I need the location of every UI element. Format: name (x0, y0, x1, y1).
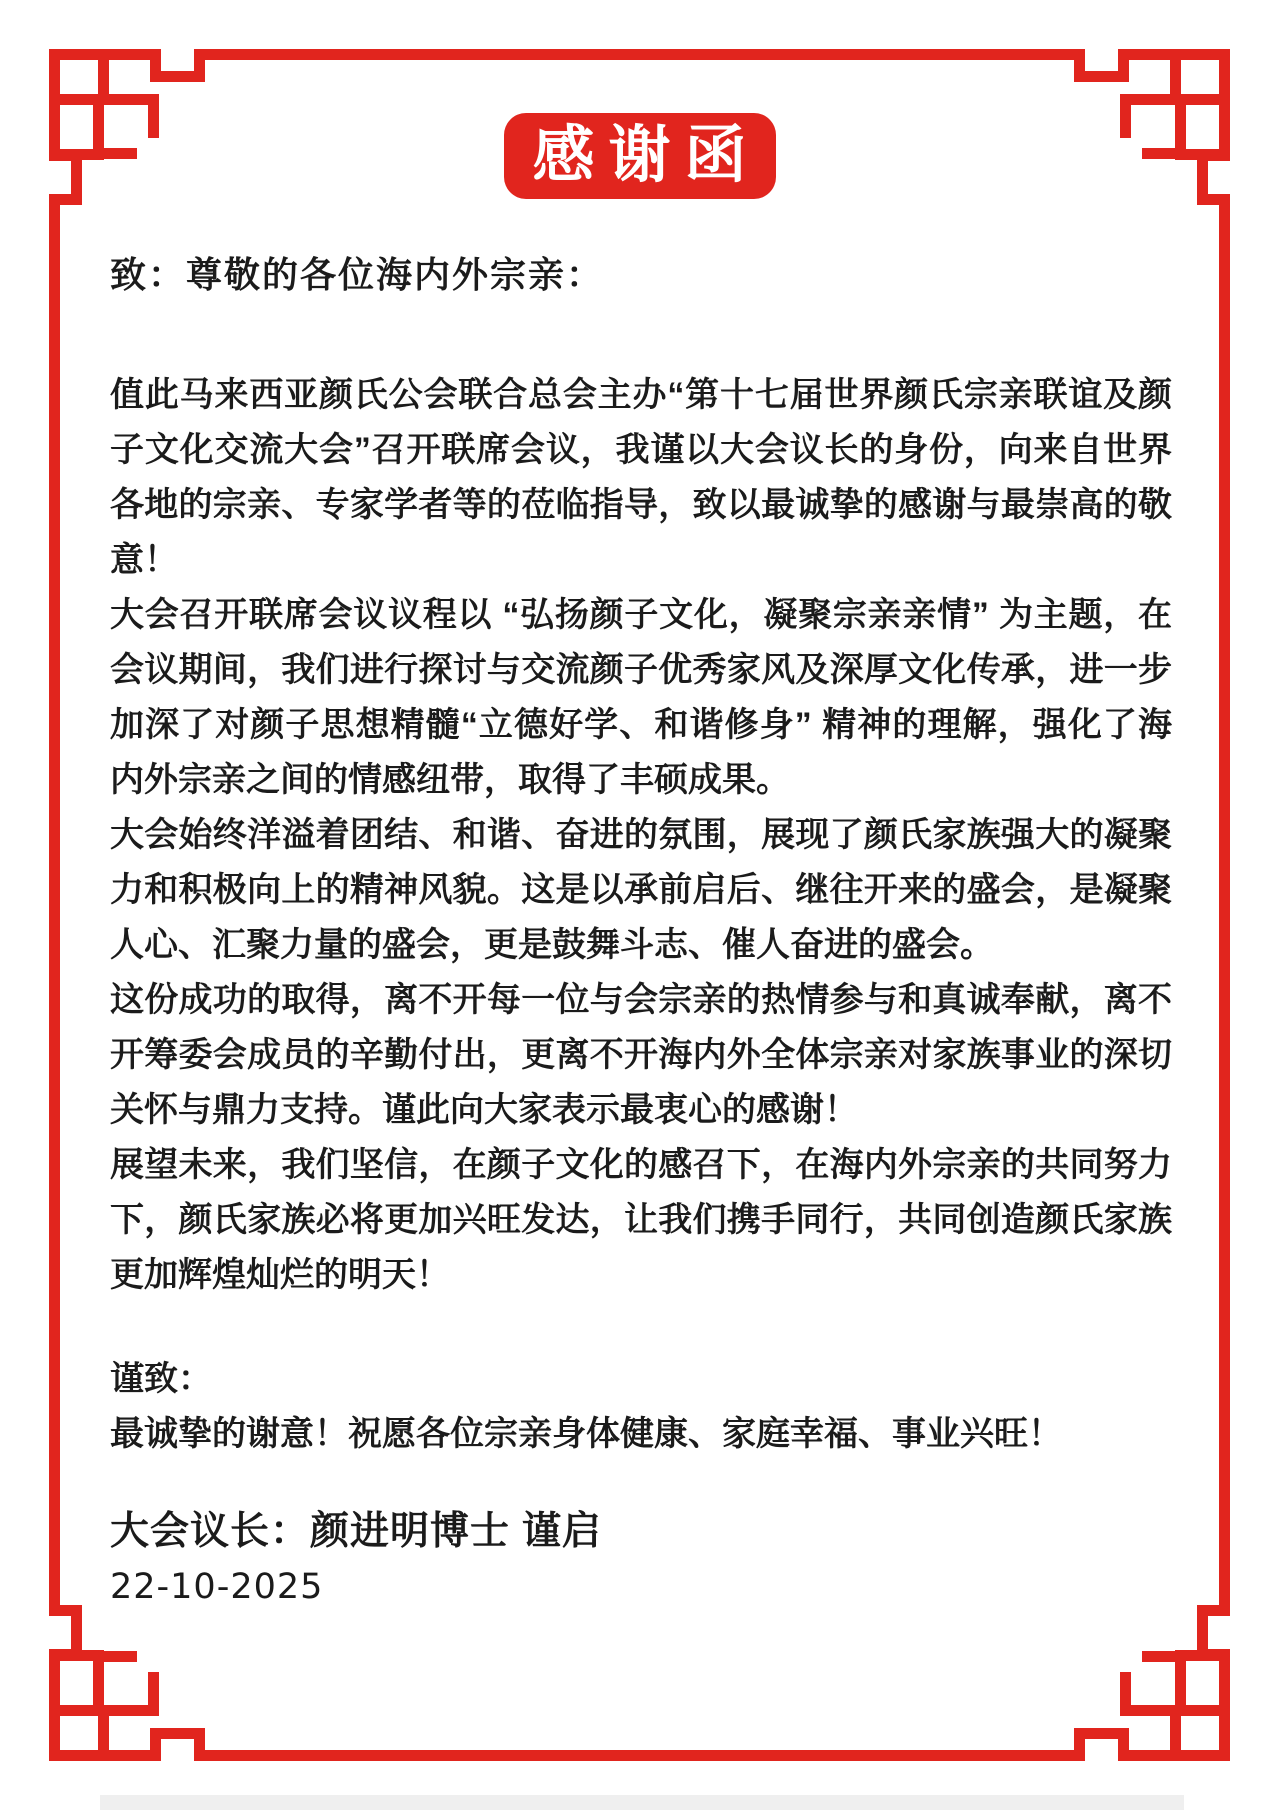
border-corner-bottom-left-icon (0, 1590, 220, 1810)
letter-body: 值此马来西亚颜氏公会联合总会主办“第十七届世界颜氏宗亲联谊及颜子文化交流大会”召… (110, 368, 1172, 1303)
paragraph-3: 大会始终洋溢着团结、和谐、奋进的氛围，展现了颜氏家族强大的凝聚力和积极向上的精神… (110, 808, 1172, 973)
closing-label: 谨致： (110, 1352, 1172, 1407)
salutation: 致：尊敬的各位海内外宗亲： (110, 247, 604, 298)
page-title: 感谢函 (518, 125, 760, 187)
border-corner-bottom-right-icon (1059, 1590, 1279, 1810)
border-edge-bottom (219, 1750, 1060, 1761)
border-corner-top-left-icon (0, 0, 220, 220)
letter-page: 感谢函 致：尊敬的各位海内外宗亲： 值此马来西亚颜氏公会联合总会主办“第十七届世… (0, 0, 1279, 1810)
signature-line: 大会议长：颜进明博士 谨启 (110, 1500, 602, 1556)
paragraph-4: 这份成功的取得，离不开每一位与会宗亲的热情参与和真诚奉献，离不开筹委会成员的辛勤… (110, 973, 1172, 1138)
border-edge-top (219, 49, 1060, 60)
border-edge-left (49, 219, 60, 1591)
date-line: 22-10-2025 (110, 1567, 323, 1607)
closing-wishes: 最诚挚的谢意！祝愿各位宗亲身体健康、家庭幸福、事业兴旺！ (110, 1407, 1172, 1462)
border-corner-top-right-icon (1059, 0, 1279, 220)
title-badge: 感谢函 (504, 113, 776, 199)
paragraph-1: 值此马来西亚颜氏公会联合总会主办“第十七届世界颜氏宗亲联谊及颜子文化交流大会”召… (110, 368, 1172, 588)
bottom-shade (100, 1795, 1184, 1810)
paragraph-5: 展望未来，我们坚信，在颜子文化的感召下，在海内外宗亲的共同努力下，颜氏家族必将更… (110, 1138, 1172, 1303)
closing-block: 谨致： 最诚挚的谢意！祝愿各位宗亲身体健康、家庭幸福、事业兴旺！ (110, 1352, 1172, 1462)
paragraph-2: 大会召开联席会议议程以 “弘扬颜子文化，凝聚宗亲亲情” 为主题，在会议期间，我们… (110, 588, 1172, 808)
border-edge-right (1219, 219, 1230, 1591)
